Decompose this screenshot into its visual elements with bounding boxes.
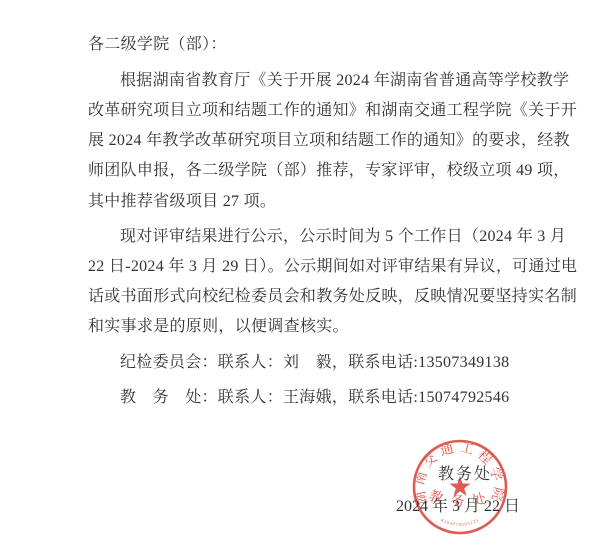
- salutation-line: 各二级学院（部）：: [88, 35, 227, 54]
- body-line: 22 日-2024 年 3 月 29 日）。公示期间如对评审结果有异议，可通过电: [88, 257, 577, 276]
- contact-line-academic-affairs: 教 务 处：联系人：王海娥，联系电话:15074792546: [120, 388, 509, 407]
- signature-date: 2024 年 3 月 22 日: [396, 493, 520, 516]
- signature-department: 教务处: [438, 461, 492, 484]
- body-line: 其中推荐省级项目 27 项。: [88, 192, 276, 211]
- official-seal: 湖南交通工程学院 教务处 4304078003125: [403, 432, 521, 547]
- body-line: 现对评审结果进行公示，公示时间为 5 个工作日（2024 年 3 月: [120, 227, 566, 246]
- seal-serial-number: 4304078003125: [440, 517, 480, 527]
- body-line: 展 2024 年教学改革研究项目立项和结题工作的通知》的要求，经教: [88, 131, 570, 150]
- body-line: 话或书面形式向校纪检委员会和教务处反映，反映情况要坚持实名制: [88, 287, 577, 306]
- notice-document-page: 各二级学院（部）： 根据湖南省教育厅《关于开展 2024 年湖南省普通高等学校教…: [0, 0, 600, 558]
- body-line: 和实事求是的原则，以便调查核实。: [88, 317, 349, 336]
- contact-line-discipline-committee: 纪检委员会：联系人：刘 毅，联系电话:13507349138: [120, 353, 509, 372]
- body-line: 改革研究项目立项和结题工作的通知》和湖南交通工程学院《关于开: [88, 101, 577, 120]
- body-line: 师团队申报，各二级学院（部）推荐，专家评审，校级立项 49 项，: [88, 161, 570, 180]
- body-line: 根据湖南省教育厅《关于开展 2024 年湖南省普通高等学校教学: [120, 71, 569, 90]
